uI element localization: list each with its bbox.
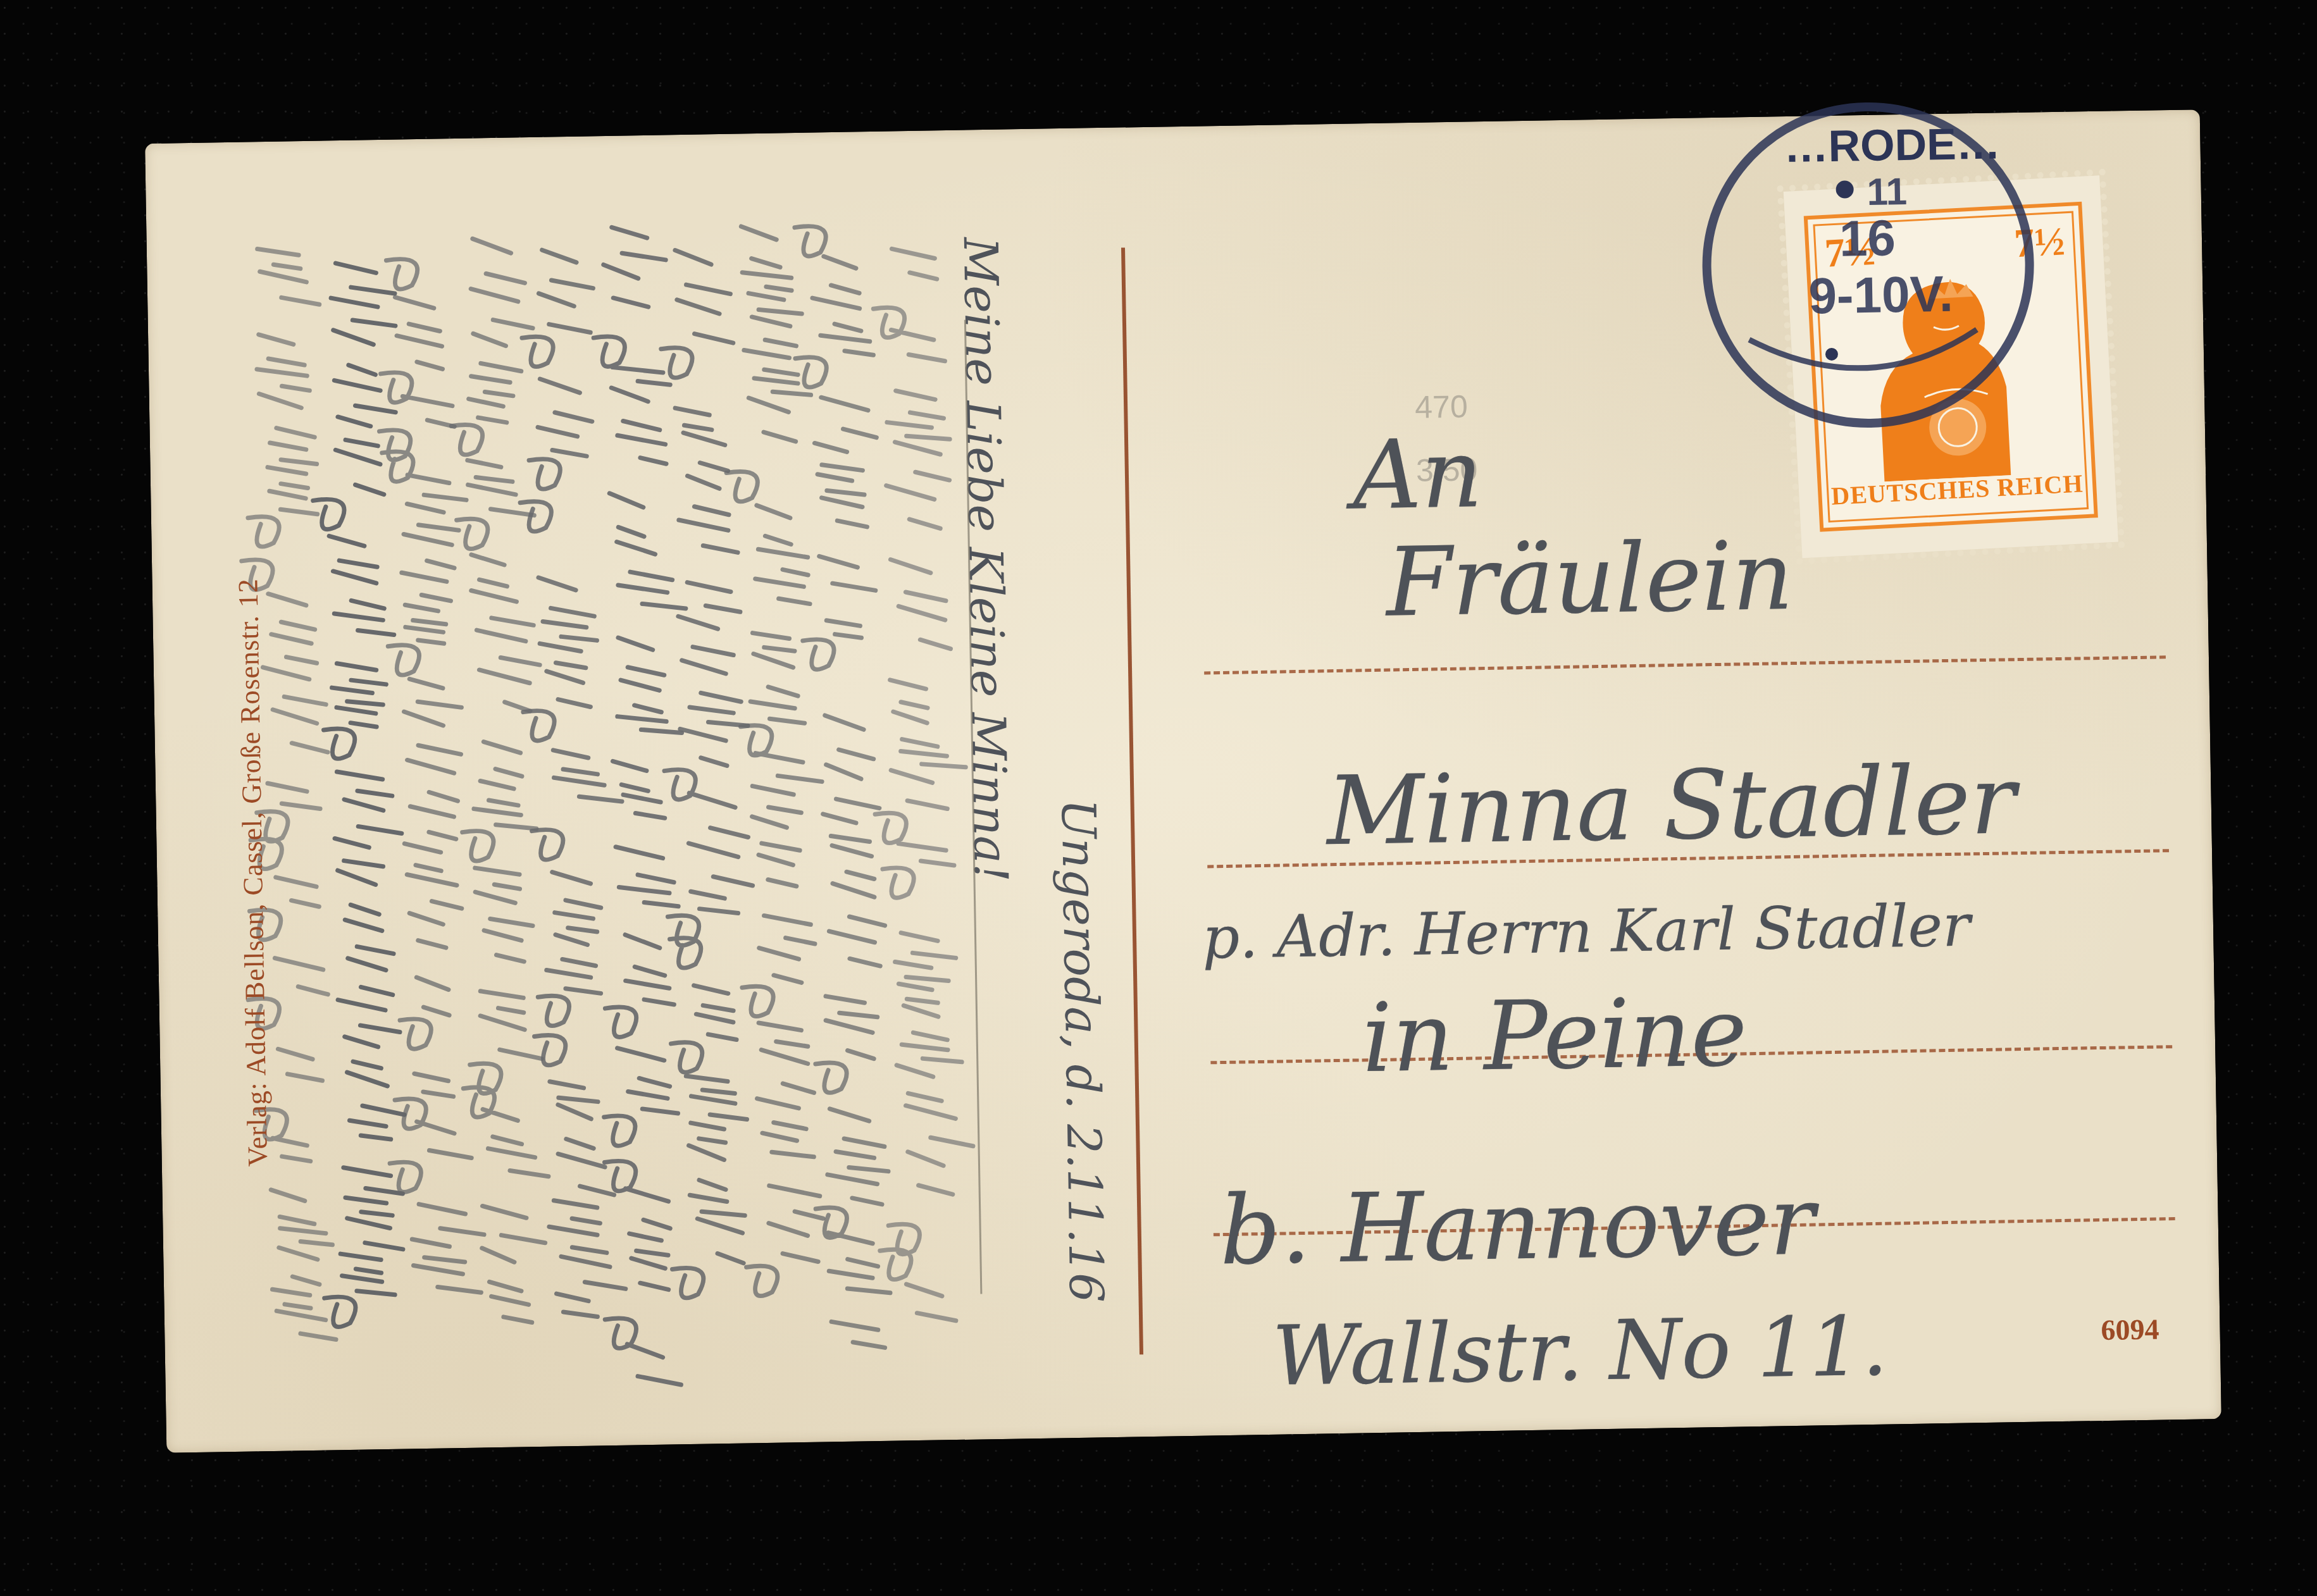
svg-text:…RODE…: …RODE…	[1784, 118, 2001, 171]
address-rule-1	[1204, 655, 2166, 674]
postage-stamp: 7½ 7½ DEUTSCHES REICH	[1784, 175, 2118, 558]
address-line-fraeulein: Fräulein	[1385, 521, 1794, 638]
message-dateline: Ungeroda, d. 2.11.16	[1050, 798, 1113, 1303]
address-line-name: Minna Stadler	[1326, 745, 2016, 867]
address-line-an: An	[1352, 419, 1484, 531]
stamp-frame: 7½ 7½ DEUTSCHES REICH	[1804, 202, 2098, 532]
address-line-town: in Peine	[1361, 977, 1748, 1094]
card-number: 6094	[2101, 1313, 2159, 1347]
postcard: Meine Liebe Kleine Minna! Ungeroda, d. 2…	[145, 109, 2221, 1453]
stamp-country-caption: DEUTSCHES REICH	[1821, 468, 2093, 512]
address-line-region: b. Hannover	[1219, 1166, 1815, 1287]
stamp-value-right: 7½	[2013, 218, 2066, 267]
handwritten-message-strokes	[228, 168, 1008, 1433]
stamp-value-left: 7½	[1823, 228, 1877, 277]
center-divider-line	[1121, 247, 1143, 1354]
address-line-care-of: p. Adr. Herrn Karl Stadler	[1202, 891, 1971, 972]
message-salutation: Meine Liebe Kleine Minna!	[953, 237, 1018, 882]
address-line-street: Wallstr. No 11.	[1272, 1298, 1889, 1404]
germania-portrait-icon	[1855, 264, 2056, 483]
